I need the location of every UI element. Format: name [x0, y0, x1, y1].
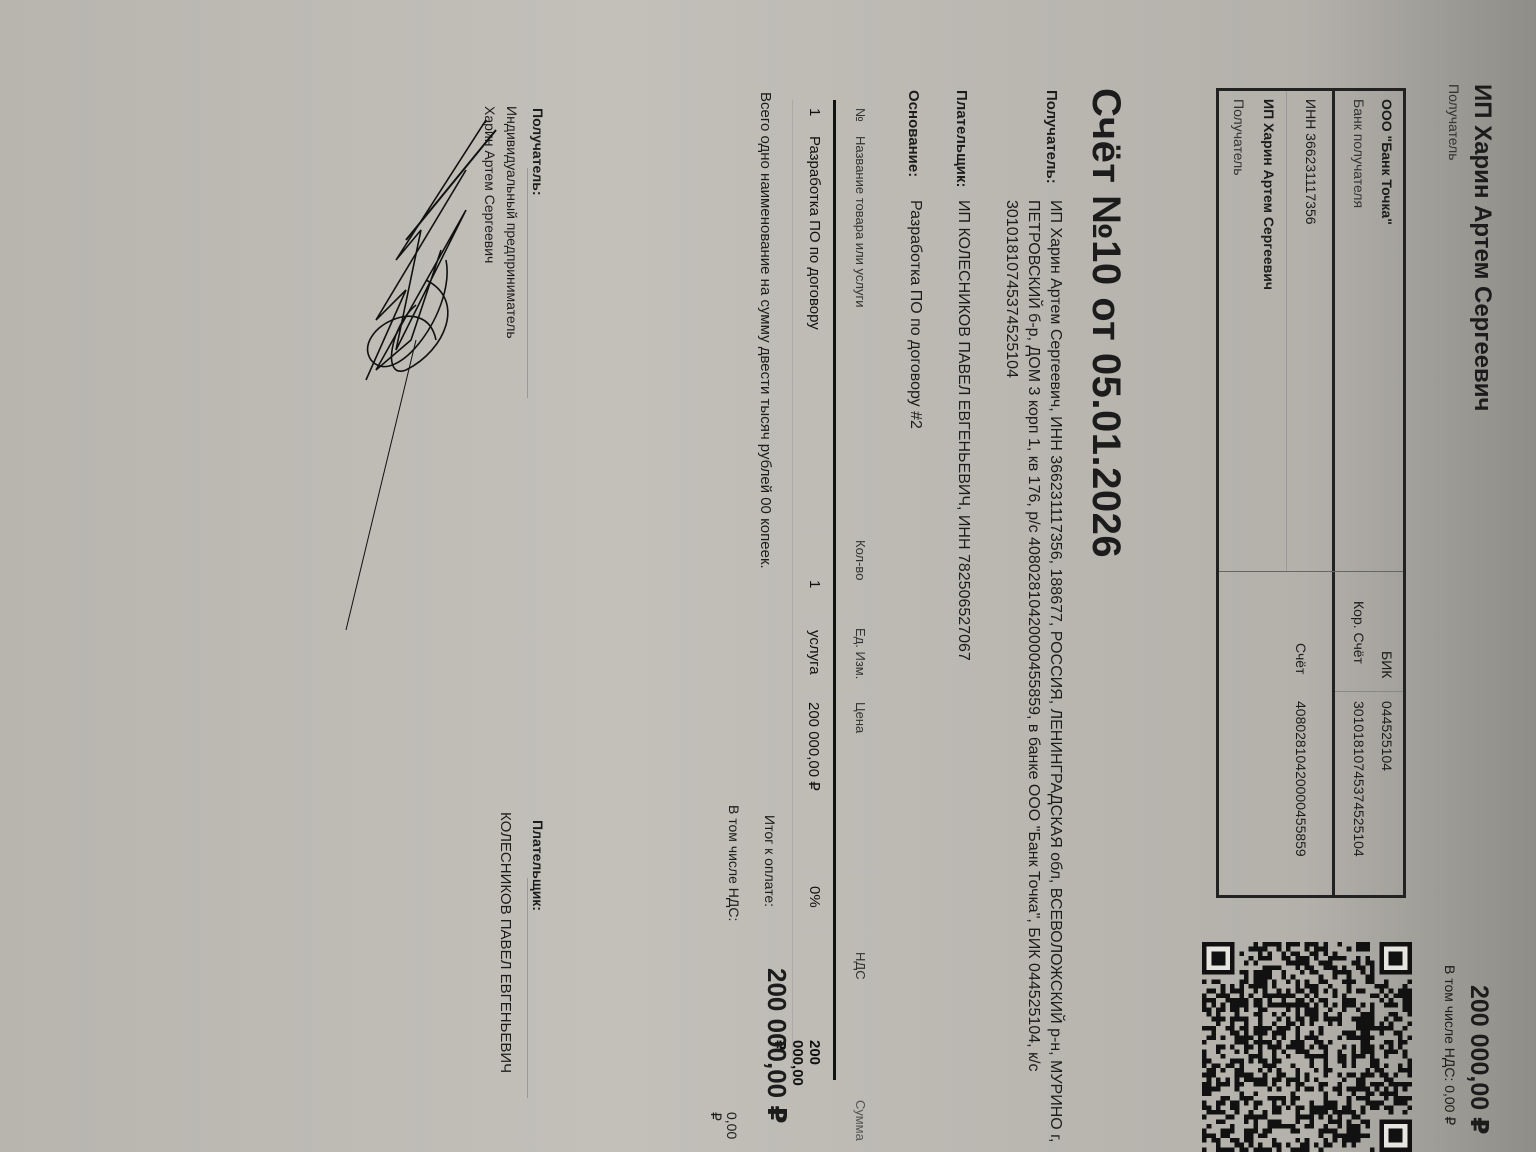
signature-payer-label: Плательщик: [530, 820, 546, 911]
bank-label: Банк получателя [1351, 99, 1367, 208]
header-amount: 200 000,00 ₽ [1464, 985, 1494, 1134]
col-unit: Ед. Изм. [853, 628, 868, 679]
col-qty: Кол-во [853, 540, 868, 580]
col-name: Название товара или услуги [853, 136, 868, 307]
total-label: Итог к оплате: [762, 815, 778, 907]
items-table-header: № Название товара или услуги Кол-во Ед. … [833, 100, 880, 1080]
basis-label: Основание: [905, 90, 922, 177]
divider [793, 932, 827, 933]
divider [793, 618, 827, 619]
row-unit: услуга [806, 630, 823, 675]
recipient-inn: ИНН 366231117356 [1303, 99, 1319, 225]
recipient-details: ИП Харин Артем Сергеевич, ИНН 3662311173… [1000, 200, 1066, 1150]
col-sum: Сумма [853, 1100, 868, 1141]
header-vat-note: В том числе НДС: 0,00 ₽ [1441, 965, 1458, 1125]
kor-account-label: Кор. Счёт [1351, 601, 1367, 664]
account-label: Счёт [1293, 643, 1309, 674]
divider [1335, 691, 1403, 692]
vat-value: 0,00 ₽ [707, 1112, 740, 1152]
divider [1286, 91, 1287, 571]
bank-recipient-name: ИП Харин Артем Сергеевич [1261, 99, 1277, 290]
bank-details-table: ООО "Банк Точка" Банк получателя ИНН 366… [1216, 88, 1406, 898]
invoice-title: Счёт №10 от 05.01.2026 [1083, 88, 1128, 558]
table-row: 1 Разработка ПО по договору 1 услуга 200… [792, 100, 833, 1080]
row-qty: 1 [806, 580, 823, 588]
invoice-page: ИП Харин Артем Сергеевич Получатель 200 … [0, 0, 1536, 1152]
recipient-caption: Получатель [1446, 84, 1462, 161]
handwritten-signature-icon [326, 110, 546, 630]
divider [836, 618, 874, 619]
signature-line [527, 878, 528, 1098]
row-price: 200 000,00 ₽ [805, 702, 823, 791]
divider [836, 872, 874, 873]
recipient-name-heading: ИП Харин Артем Сергеевич [1468, 84, 1496, 411]
qr-code-icon [1202, 942, 1412, 1152]
divider [1219, 571, 1403, 572]
recipient-label: Получатель: [1043, 90, 1060, 184]
bank-name: ООО "Банк Точка" [1379, 99, 1395, 225]
col-number: № [853, 108, 868, 122]
divider [836, 932, 874, 933]
divider [793, 532, 827, 533]
signature-payer-name: КОЛЕСНИКОВ ПАВЕЛ ЕВГЕНЬЕВИЧ [497, 812, 514, 1073]
divider [793, 694, 827, 695]
account-value: 40802810420000455859 [1293, 701, 1309, 857]
row-vat: 0% [806, 886, 823, 908]
divider [836, 694, 874, 695]
total-in-words: Всего одно наименование на сумму двести … [757, 92, 774, 569]
bik-value: 044525104 [1379, 701, 1395, 771]
row-name: Разработка ПО по договору [806, 136, 823, 330]
row-number: 1 [806, 108, 823, 116]
kor-account-value: 30101810745374525104 [1351, 701, 1367, 857]
total-value: 200 000,00 ₽ [761, 968, 792, 1123]
payer-label: Плательщик: [953, 90, 970, 187]
bik-label: БИК [1379, 651, 1395, 678]
items-table: № Название товара или услуги Кол-во Ед. … [792, 100, 880, 1080]
divider [836, 532, 874, 533]
basis-text: Разработка ПО по договору #2 [904, 200, 926, 429]
divider [793, 872, 827, 873]
vat-label: В том числе НДС: [726, 805, 742, 921]
payer-details: ИП КОЛЕСНИКОВ ПАВЕЛ ЕВГЕНЬЕВИЧ, ИНН 7825… [952, 200, 974, 661]
col-price: Цена [853, 702, 868, 733]
bank-recipient-label: Получатель [1231, 99, 1247, 176]
col-vat: НДС [853, 952, 868, 980]
